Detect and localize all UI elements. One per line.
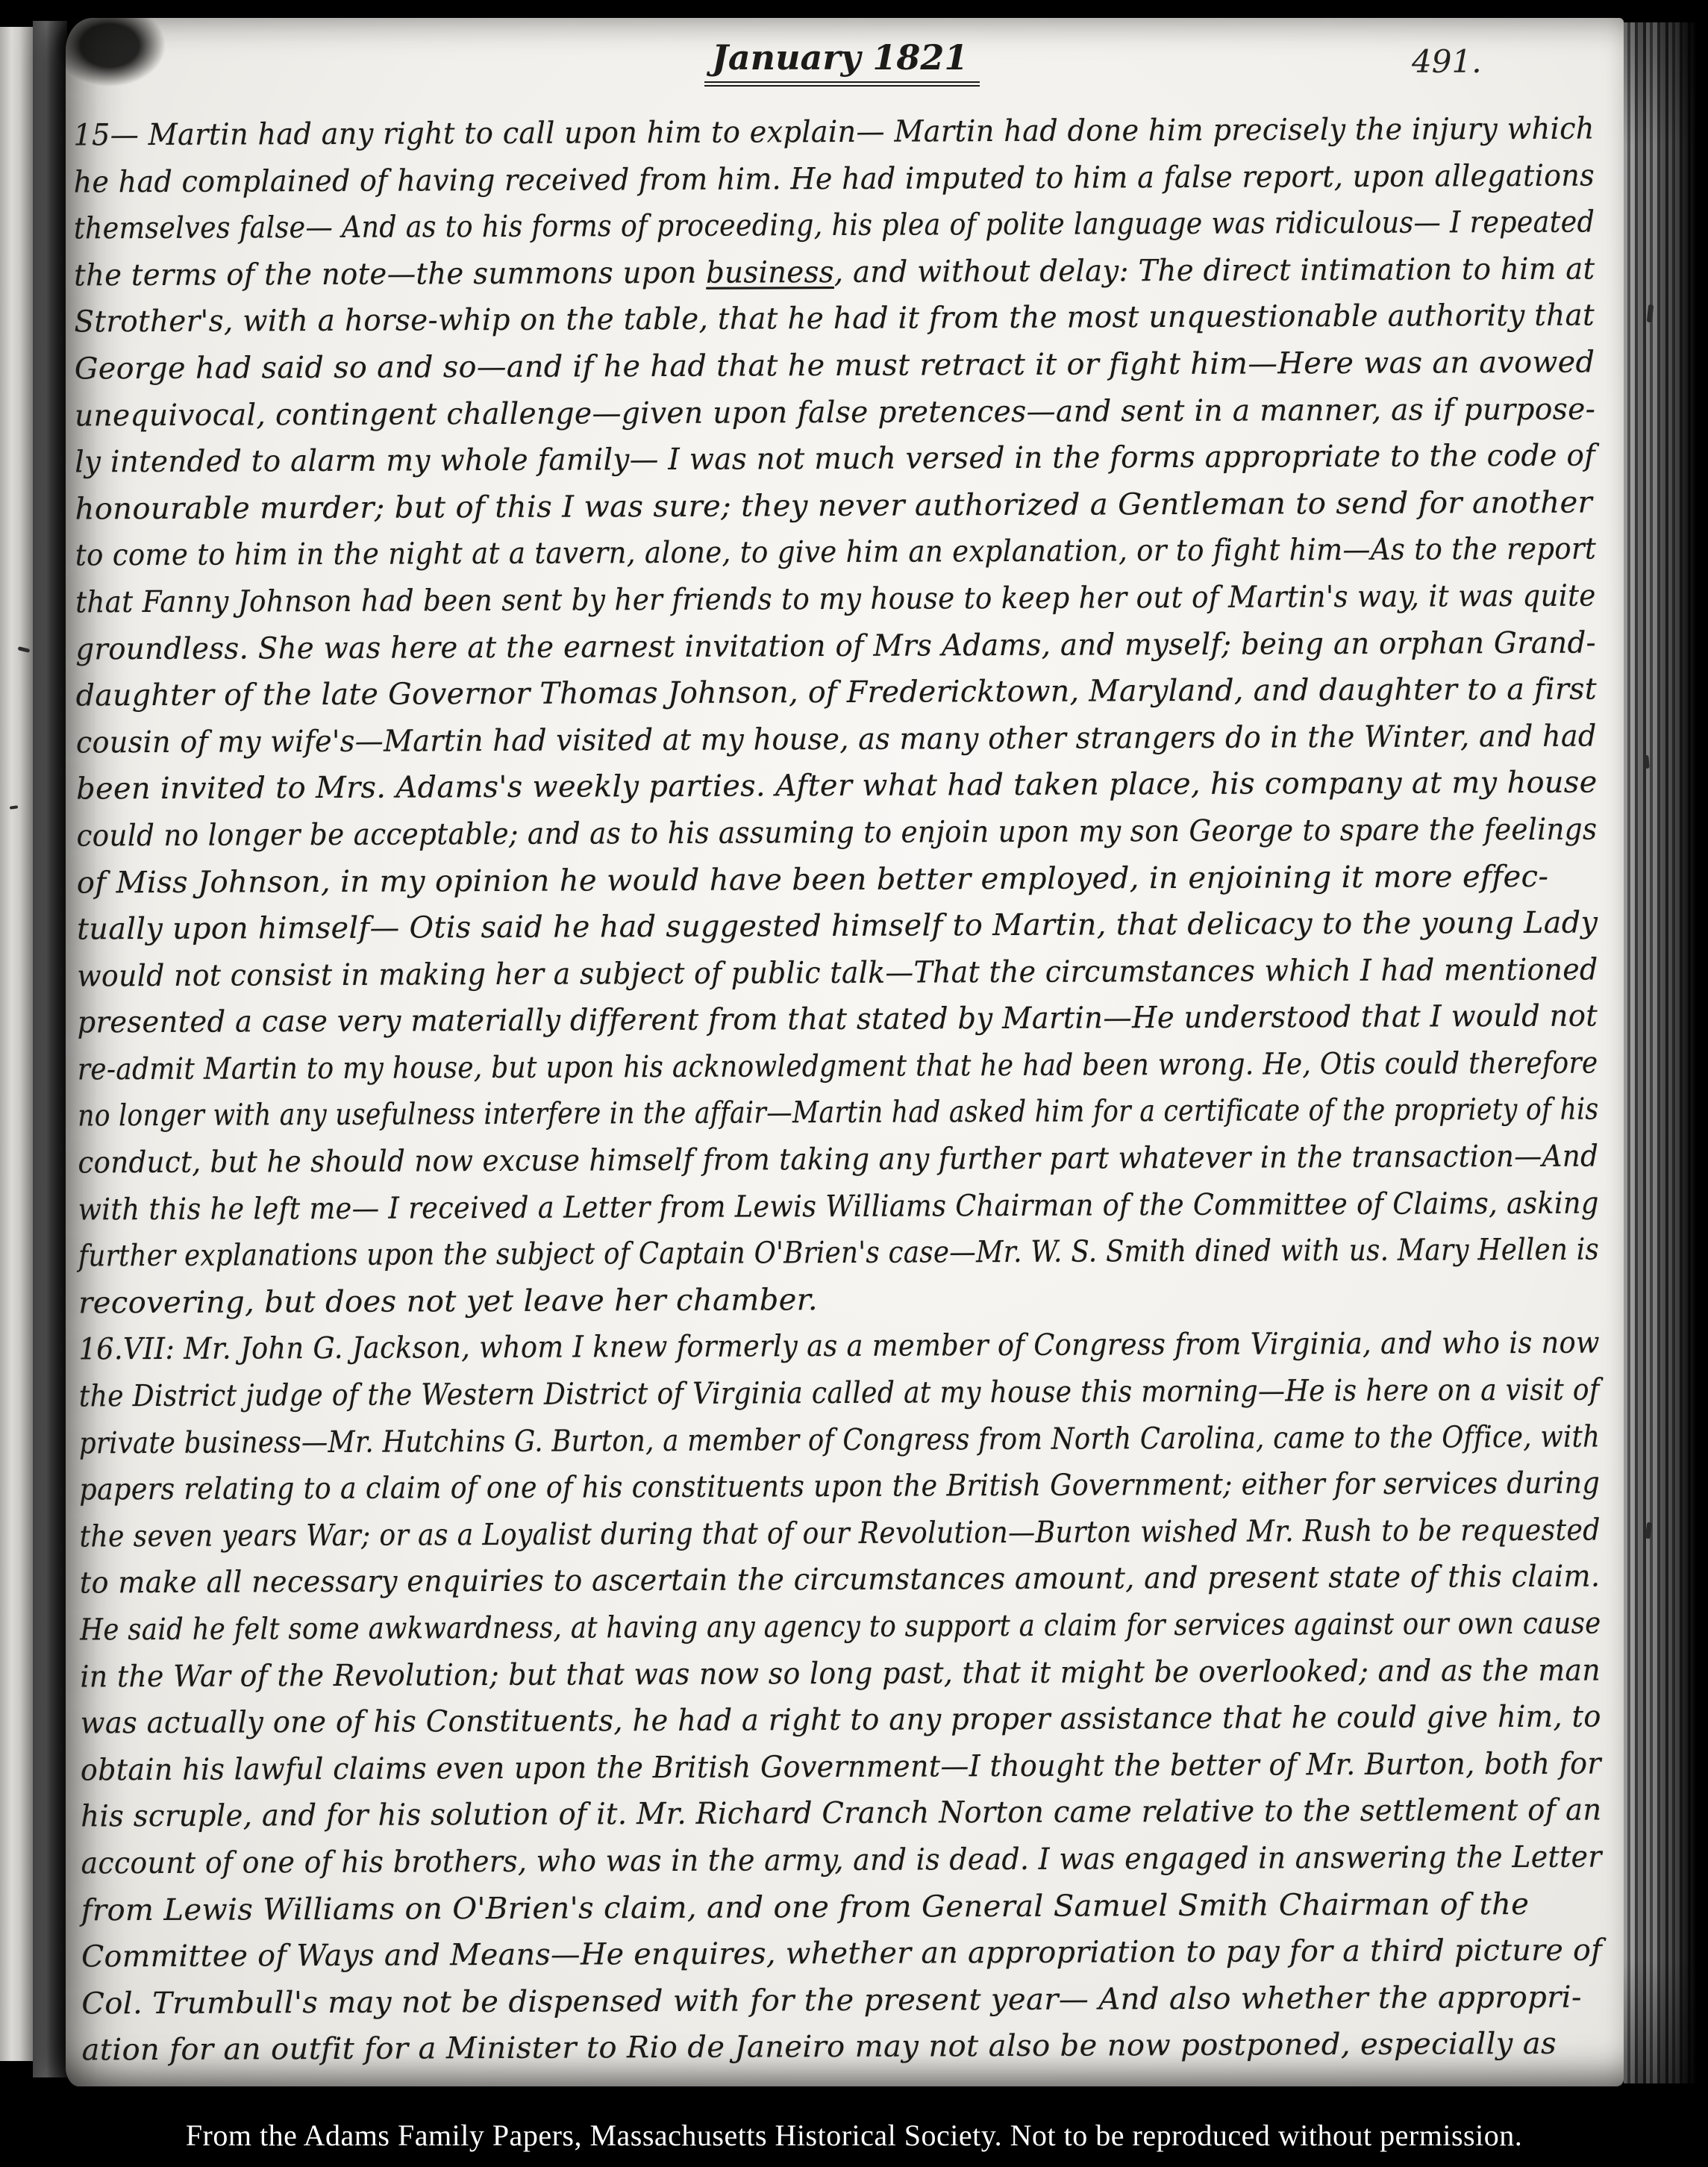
- manuscript-text-block: 15— Martin had any right to call upon hi…: [73, 106, 1602, 2074]
- manuscript-line: 15— Martin had any right to call upon hi…: [73, 106, 1522, 159]
- manuscript-line: in the War of the Revolution; but that w…: [80, 1648, 1514, 1701]
- manuscript-line: unequivocal, contingent challenge—given …: [75, 386, 1558, 439]
- page-number: 491.: [1412, 43, 1482, 80]
- manuscript-line: papers relating to a claim of one of his…: [79, 1461, 1464, 1514]
- manuscript-line: that Fanny Johnson had been sent by her …: [75, 573, 1487, 626]
- manuscript-line: his scruple, and for his solution of it.…: [81, 1787, 1543, 1840]
- manuscript-line: with this he left me— I received a Lette…: [78, 1181, 1469, 1233]
- page-date-heading: January 1821: [704, 37, 980, 87]
- manuscript-line: Col. Trumbull's may not be dispensed wit…: [81, 1974, 1602, 2027]
- manuscript-line: the seven years War; or as a Loyalist du…: [79, 1507, 1453, 1560]
- manuscript-line: from Lewis Williams on O'Brien's claim, …: [81, 1880, 1602, 1933]
- manuscript-line: the terms of the note—the summons upon b…: [74, 246, 1536, 299]
- manuscript-line: honourable murder; but of this I was sur…: [75, 479, 1595, 532]
- manuscript-line: to make all necessary enquiries to ascer…: [80, 1554, 1526, 1607]
- manuscript-line: Strother's, with a horse-whip on the tab…: [74, 293, 1548, 345]
- manuscript-line: could no longer be acceptable; and as to…: [76, 807, 1490, 860]
- manuscript-line: he had complained of having received fro…: [74, 153, 1515, 206]
- manuscript-line: groundless. She was here at the earnest …: [75, 619, 1541, 672]
- manuscript-line: ly intended to alarm my whole family— I …: [75, 433, 1546, 486]
- manuscript-line: conduct, but he should now excuse himsel…: [78, 1133, 1488, 1186]
- manuscript-line: would not consist in making her a subjec…: [77, 947, 1511, 1000]
- manuscript-line: was actually one of his Constituents, he…: [81, 1694, 1538, 1747]
- attribution-caption: From the Adams Family Papers, Massachuse…: [0, 2118, 1708, 2153]
- manuscript-line: He said he felt some awkwardness, at hav…: [80, 1601, 1427, 1654]
- manuscript-line: daughter of the late Governor Thomas Joh…: [76, 666, 1572, 719]
- manuscript-line: ation for an outfit for a Minister to Ri…: [81, 2021, 1602, 2074]
- book-gutter-shadow: [33, 21, 67, 2077]
- manuscript-line: George had said so and so—and if he had …: [75, 340, 1581, 393]
- manuscript-line: re-admit Martin to my house, but upon hi…: [78, 1040, 1439, 1093]
- facing-page-edge: [0, 27, 33, 2061]
- manuscript-scan: January 1821 491. 15— Martin had any rig…: [0, 0, 1708, 2167]
- manuscript-line: recovering, but does not yet leave her c…: [78, 1273, 1599, 1326]
- book-page-edges: [1624, 22, 1697, 2083]
- manuscript-line: the District judge of the Western Distri…: [79, 1367, 1450, 1420]
- manuscript-page: January 1821 491. 15— Martin had any rig…: [66, 18, 1624, 2086]
- manuscript-line: Committee of Ways and Means—He enquires,…: [81, 1927, 1581, 1980]
- manuscript-line: obtain his lawful claims even upon the B…: [81, 1741, 1522, 1794]
- manuscript-line: account of one of his brothers, who was …: [81, 1834, 1516, 1887]
- manuscript-line: cousin of my wife's—Martin had visited a…: [76, 713, 1521, 766]
- manuscript-line: 16.VII: Mr. John G. Jackson, whom I knew…: [78, 1321, 1472, 1374]
- manuscript-line: no longer with any usefulness interfere …: [78, 1087, 1389, 1139]
- manuscript-line: presented a case very materially differe…: [77, 993, 1536, 1046]
- manuscript-line: private business—Mr. Hutchins G. Burton,…: [79, 1414, 1420, 1466]
- manuscript-line: tually upon himself— Otis said he had su…: [77, 900, 1583, 953]
- manuscript-line: to come to him in the night at a tavern,…: [75, 527, 1480, 580]
- manuscript-line: further explanations upon the subject of…: [78, 1228, 1427, 1280]
- manuscript-line: of Miss Johnson, in my opinion he would …: [77, 853, 1598, 906]
- manuscript-line: been invited to Mrs. Adams's weekly part…: [76, 760, 1588, 813]
- manuscript-line: themselves false— And as to his forms of…: [74, 200, 1454, 253]
